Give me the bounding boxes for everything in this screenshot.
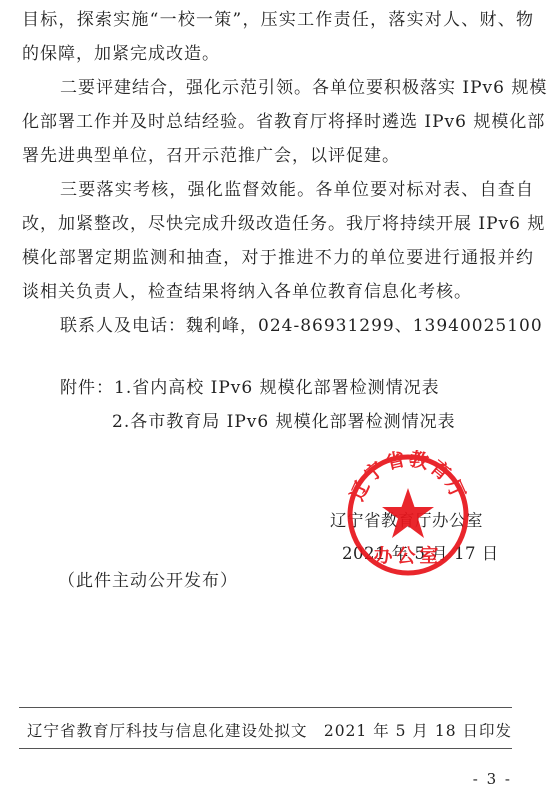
publication-note: （此件主动公开发布） xyxy=(58,570,550,592)
official-seal-icon: 辽宁省教育厅 办公室 xyxy=(345,450,471,580)
body-line-3: 二要评建结合，强化示范引领。各单位要积极落实 IPv6 规模 xyxy=(60,77,534,99)
document-page: 目标，探索实施“一校一策”，压实工作责任，落实对人、财、物 的保障，加紧完成改造… xyxy=(0,0,550,797)
attachment-item-2: 2.各市教育局 IPv6 规模化部署检测情况表 xyxy=(112,411,550,433)
body-line-7: 改，加紧整改，尽快完成升级改造任务。我厅将持续开展 IPv6 规 xyxy=(22,213,534,235)
attachments-label: 附件： xyxy=(60,378,114,398)
footer-bottom-rule xyxy=(19,748,512,749)
body-line-8: 模化部署定期监测和抽查，对于推进不力的单位要进行通报并约 xyxy=(22,247,534,269)
attachments-first-line: 附件：1.省内高校 IPv6 规模化部署检测情况表 xyxy=(60,377,550,399)
body-line-6: 三要落实考核，强化监督效能。各单位要对标对表、自查自 xyxy=(60,179,534,201)
page-number: - 3 - xyxy=(473,768,512,790)
attachment-item-1: 1.省内高校 IPv6 规模化部署检测情况表 xyxy=(114,378,440,398)
print-date: 2021 年 5 月 18 日印发 xyxy=(324,720,512,742)
body-line-4: 化部署工作并及时总结经验。省教育厅将择时遴选 IPv6 规模化部 xyxy=(22,111,534,133)
footer-top-rule xyxy=(19,707,512,708)
drafter-label: 辽宁省教育厅科技与信息化建设处拟文 xyxy=(27,720,308,742)
svg-text:办公室: 办公室 xyxy=(373,544,442,567)
body-line-2: 的保障，加紧完成改造。 xyxy=(22,43,534,65)
body-line-1: 目标，探索实施“一校一策”，压实工作责任，落实对人、财、物 xyxy=(22,9,534,31)
body-line-5: 署先进典型单位，召开示范推广会，以评促建。 xyxy=(22,145,534,167)
contact-line: 联系人及电话：魏利峰，024-86931299、13940025100 xyxy=(60,315,534,337)
body-line-9: 谈相关负责人，检查结果将纳入各单位教育信息化考核。 xyxy=(22,281,534,303)
